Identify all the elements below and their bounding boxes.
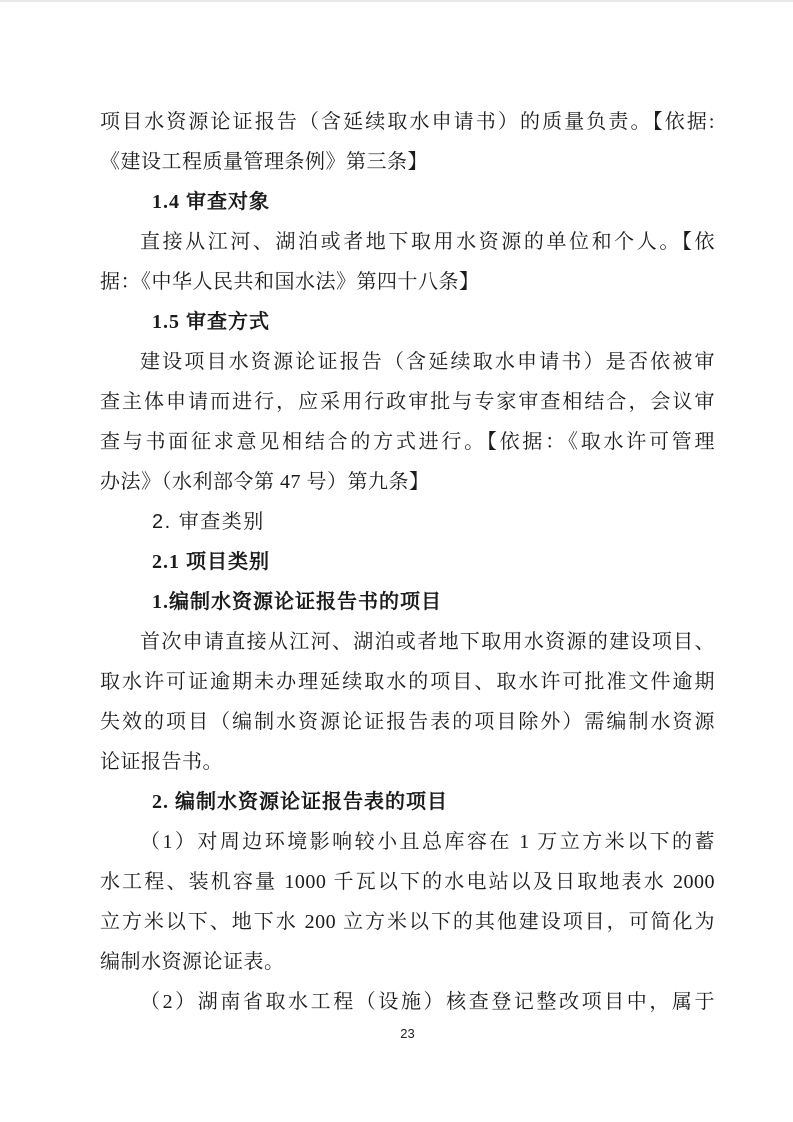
section-heading-1-5: 1.5 审查方式 [100,302,715,342]
body-line: （2）湖南省取水工程（设施）核查登记整改项目中，属于 [100,982,715,1022]
section-heading-2-1: 2.1 项目类别 [100,542,715,582]
body-line: 据：《中华人民共和国水法》第四十八条】 [100,262,715,302]
body-line: 建设项目水资源论证报告（含延续取水申请书）是否依被审 [100,342,715,382]
document-page: 项目水资源论证报告（含延续取水申请书）的质量负责。【依据: 《建设工程质量管理条… [0,0,793,1122]
body-line: 失效的项目（编制水资源论证报告表的项目除外）需编制水资源 [100,702,715,742]
body-line: 首次申请直接从江河、湖泊或者地下取用水资源的建设项目、 [100,622,715,662]
subsection-heading-item-1: 1.编制水资源论证报告书的项目 [100,582,715,622]
body-line: 查与书面征求意见相结合的方式进行。【依据：《取水许可管理 [100,422,715,462]
body-line: 查主体申请而进行，应采用行政审批与专家审查相结合，会议审 [100,382,715,422]
body-line: 取水许可证逾期未办理延续取水的项目、取水许可批准文件逾期 [100,662,715,702]
body-line: 项目水资源论证报告（含延续取水申请书）的质量负责。【依据: [100,102,715,142]
section-heading-1-4: 1.4 审查对象 [100,182,715,222]
body-line: 立方米以下、地下水 200 立方米以下的其他建设项目，可简化为 [100,902,715,942]
body-line: 水工程、装机容量 1000 千瓦以下的水电站以及日取地表水 2000 [100,862,715,902]
page-number: 23 [100,1026,715,1042]
subsection-heading-item-2: 2. 编制水资源论证报告表的项目 [100,782,715,822]
body-line: 编制水资源论证表。 [100,942,715,982]
body-line: 论证报告书。 [100,742,715,782]
document-body: 项目水资源论证报告（含延续取水申请书）的质量负责。【依据: 《建设工程质量管理条… [100,102,715,1022]
section-heading-2: 2. 审查类别 [100,502,715,542]
body-line: 办法》（水利部令第 47 号）第九条】 [100,462,715,502]
body-line: 直接从江河、湖泊或者地下取用水资源的单位和个人。【依 [100,222,715,262]
page-top-edge [0,0,793,2]
body-line: （1）对周边环境影响较小且总库容在 1 万立方米以下的蓄 [100,822,715,862]
body-line: 《建设工程质量管理条例》第三条】 [100,142,715,182]
